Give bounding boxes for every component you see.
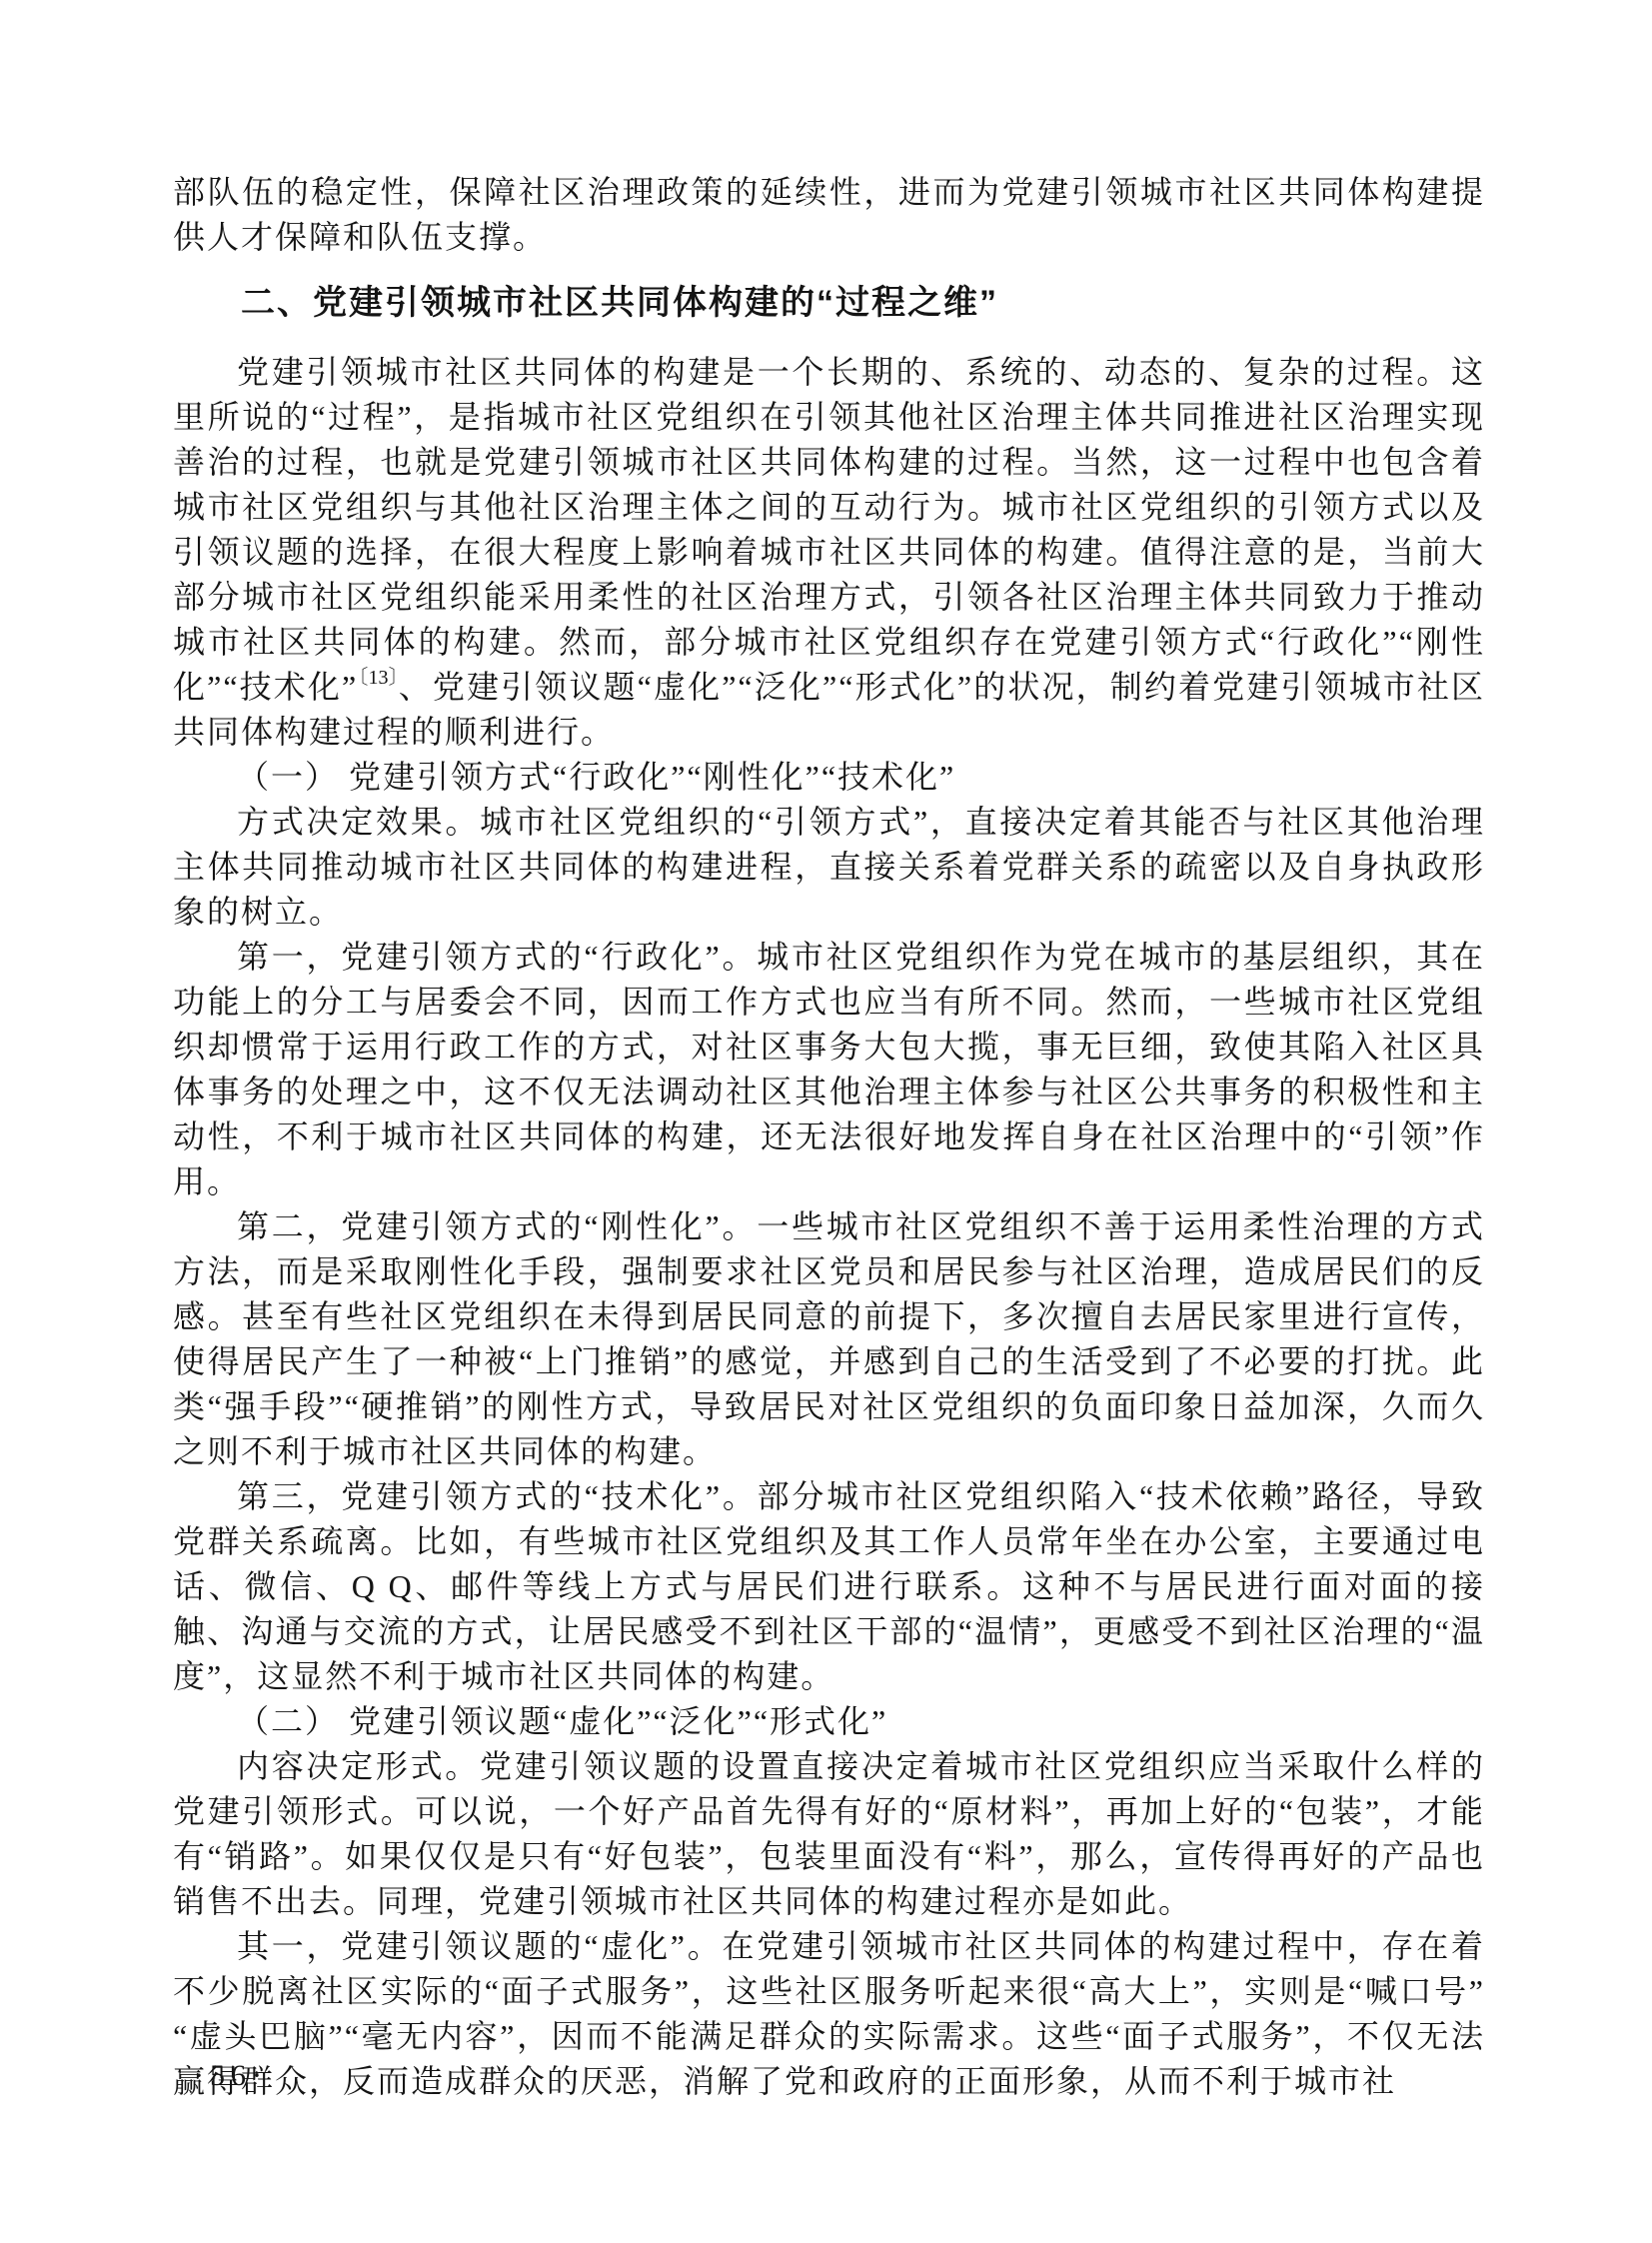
paragraph-method-intro: 方式决定效果。城市社区党组织的“引领方式”，直接决定着其能否与社区其他治理主体共…	[173, 800, 1485, 935]
subsection-heading-2: （二） 党建引领议题“虚化”“泛化”“形式化”	[173, 1699, 1485, 1744]
article-body: 部队伍的稳定性，保障社区治理政策的延续性，进而为党建引领城市社区共同体构建提供人…	[173, 170, 1485, 2104]
page-number: ·56·	[194, 2059, 268, 2093]
paragraph-topic-intro: 内容决定形式。党建引领议题的设置直接决定着城市社区党组织应当采取什么样的党建引领…	[173, 1744, 1485, 1924]
document-page: 部队伍的稳定性，保障社区治理政策的延续性，进而为党建引领城市社区共同体构建提供人…	[0, 0, 1652, 2243]
paragraph-text: 党建引领城市社区共同体的构建是一个长期的、系统的、动态的、复杂的过程。这里所说的…	[173, 354, 1485, 705]
paragraph-first-administrative: 第一，党建引领方式的“行政化”。城市社区党组织作为党在城市的基层组织，其在功能上…	[173, 935, 1485, 1204]
paragraph-process-overview: 党建引领城市社区共同体的构建是一个长期的、系统的、动态的、复杂的过程。这里所说的…	[173, 350, 1485, 755]
paragraph-topic-first-hollow: 其一，党建引领议题的“虚化”。在党建引领城市社区共同体的构建过程中，存在着不少脱…	[173, 1924, 1485, 2104]
footnote-reference-13: 〔13〕	[358, 667, 399, 689]
paragraph-third-technical: 第三，党建引领方式的“技术化”。部分城市社区党组织陷入“技术依赖”路径，导致党群…	[173, 1474, 1485, 1699]
intro-continuation-paragraph: 部队伍的稳定性，保障社区治理政策的延续性，进而为党建引领城市社区共同体构建提供人…	[173, 170, 1485, 260]
subsection-heading-1: （一） 党建引领方式“行政化”“刚性化”“技术化”	[173, 755, 1485, 800]
paragraph-second-rigid: 第二，党建引领方式的“刚性化”。一些城市社区党组织不善于运用柔性治理的方式方法，…	[173, 1204, 1485, 1474]
section-heading: 二、党建引领城市社区共同体构建的“过程之维”	[173, 281, 1485, 326]
